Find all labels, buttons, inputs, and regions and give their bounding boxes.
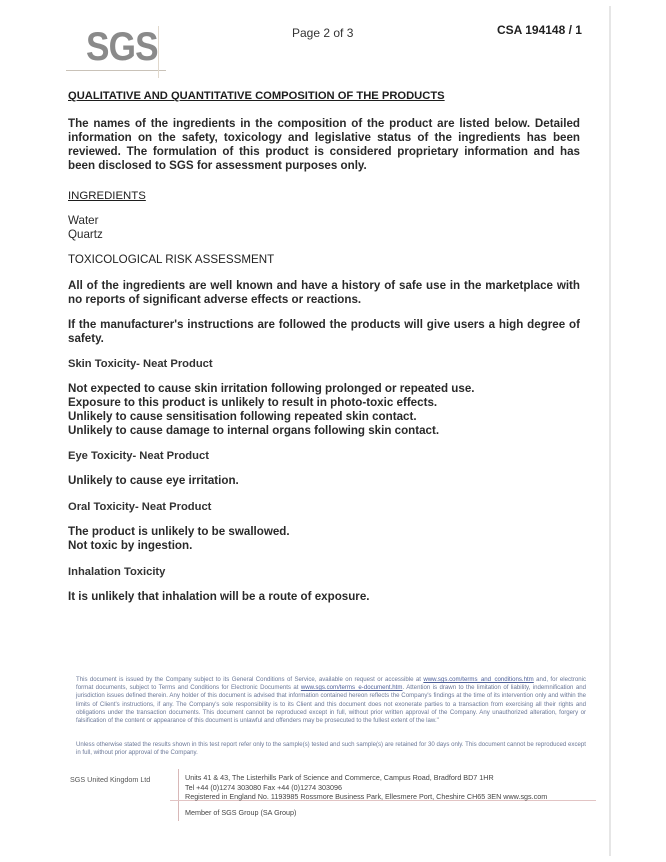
risk-paragraph-1: All of the ingredients are well known an… [68,279,580,307]
skin-toxicity-line: Exposure to this product is unlikely to … [68,396,580,410]
oral-toxicity-title: Oral Toxicity- Neat Product [68,500,580,514]
skin-toxicity-line: Unlikely to cause sensitisation followin… [68,410,580,424]
e-document-terms-link[interactable]: www.sgs.com/terms_e-document.htm [301,684,403,691]
ingredients-list: Water Quartz [68,214,580,242]
logo-rule [66,70,166,71]
risk-paragraph-2: If the manufacturer's instructions are f… [68,318,580,346]
sgs-logo: SGS [86,27,158,67]
document-body: QUALITATIVE AND QUANTITATIVE COMPOSITION… [68,89,580,604]
legal-disclaimer: This document is issued by the Company s… [76,676,586,725]
terms-link[interactable]: www.sgs.com/terms_and_conditions.htm [423,676,533,683]
ingredients-title: INGREDIENTS [68,189,580,203]
document-reference: CSA 194148 / 1 [497,23,582,37]
ingredient-item: Water [68,214,580,228]
inhalation-toxicity-title: Inhalation Toxicity [68,565,580,579]
eye-toxicity-line: Unlikely to cause eye irritation. [68,474,580,488]
registration-line: Registered in England No. 1193985 Rossmo… [185,792,547,802]
skin-toxicity-lines: Not expected to cause skin irritation fo… [68,382,580,438]
ingredient-item: Quartz [68,228,580,242]
composition-intro: The names of the ingredients in the comp… [68,117,580,173]
risk-assessment-title: TOXICOLOGICAL RISK ASSESSMENT [68,253,580,267]
logo-vertical-rule [158,26,159,78]
skin-toxicity-line: Not expected to cause skin irritation fo… [68,382,580,396]
composition-title: QUALITATIVE AND QUANTITATIVE COMPOSITION… [68,89,580,103]
contact-line: Tel +44 (0)1274 303080 Fax +44 (0)1274 3… [185,783,547,793]
eye-toxicity-title: Eye Toxicity- Neat Product [68,449,580,463]
group-membership: Member of SGS Group (SA Group) [185,808,296,817]
page-edge-line [609,6,611,856]
samples-note: Unless otherwise stated the results show… [76,741,586,757]
company-name: SGS United Kingdom Ltd [70,775,150,784]
skin-toxicity-line: Unlikely to cause damage to internal org… [68,424,580,438]
disclaimer-text-1: This document is issued by the Company s… [76,676,423,683]
oral-toxicity-line: The product is unlikely to be swallowed. [68,525,580,539]
company-address: Units 41 & 43, The Listerhills Park of S… [185,773,547,802]
inhalation-toxicity-line: It is unlikely that inhalation will be a… [68,590,580,604]
oral-toxicity-line: Not toxic by ingestion. [68,539,580,553]
address-line: Units 41 & 43, The Listerhills Park of S… [185,773,547,783]
page-indicator: Page 2 of 3 [292,26,353,40]
address-divider [178,769,179,821]
skin-toxicity-title: Skin Toxicity- Neat Product [68,357,580,371]
